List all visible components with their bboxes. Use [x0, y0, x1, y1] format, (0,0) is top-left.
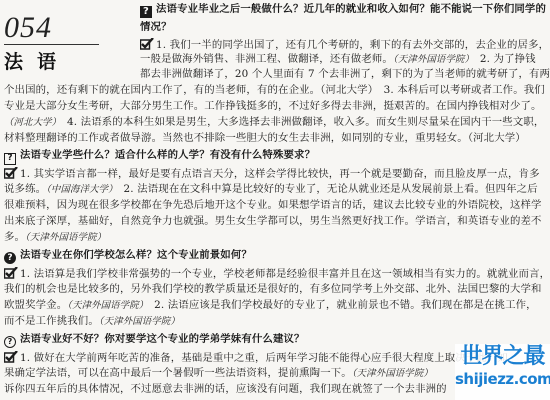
source-label: （天津外国语学院） [99, 316, 180, 327]
watermark-url: shijiezz.com [455, 370, 550, 388]
question-icon: ? [140, 6, 152, 18]
question-1-cont: 情况？ [140, 21, 172, 34]
answer-line: 一般是做海外销售、非洲工程、做翻译，还有做老师。（天津外国语学院） 2. 为了挣… [140, 53, 550, 66]
answer-line: 说多练。（中国海洋大学） 2. 法语现在在文科中算是比较好的专业了，无论从就业还… [4, 183, 550, 196]
question-text: 法语专业在你们学校怎么样？这个专业前景如何？ [20, 249, 252, 261]
answer-line: 1. 我们一半的同学出国了，还有几个考研的，剩下的有去外交部的，去企业的居多， [140, 38, 550, 52]
answer-line: 出来底子深厚，基础好，自然竞争力也就强。男生女生学都可以，男生当然更好找工作。学… [4, 215, 550, 228]
answer-text: 4. 法语系的本科生如果是男生，大多选择去非洲做翻译，收入多。而女生则尽量呆在国… [67, 116, 544, 128]
question-3: ?法语专业在你们学校怎么样？这个专业前景如何？ [4, 249, 550, 264]
answer-text: 1. 法语算是我们学校非常强势的一个专业，学校老师都是经验很丰富并且在这一领域相… [20, 268, 550, 280]
answer-line: （河北大学） 4. 法语系的本科生如果是男生，大多选择去非洲做翻译，收入多。而女… [4, 116, 550, 129]
chapter-number: 054 [4, 14, 99, 42]
question-icon: ? [4, 153, 16, 165]
checkmark-icon [140, 38, 152, 50]
answer-text: 1. 做好在大学前两年吃苦的准备，基础是重中之重，后两年学习能不能得心应手很大程… [20, 352, 508, 364]
answer-text: 说多练。 [4, 183, 46, 195]
question-text: 法语专业学些什么？适合什么样的人学？有没有什么特殊要求？ [20, 149, 315, 161]
answer-line: 材料整理翻译的工作或者做导游。当然也不排除一些胆大的女生去非洲，如同别的专业，重… [4, 132, 550, 145]
source-label: （天津外国语学院） [67, 300, 143, 311]
answer-line: 而不是工作挑我们。（天津外国语学院） [4, 315, 550, 328]
document-page: 054 法语 ?法语专业毕业之后一般做什么？近几年的就业和收入如何？能不能说一下… [0, 0, 550, 400]
watermark-cn: 世界之最 [455, 344, 550, 370]
answer-line: 欧盟奖学金。（天津外国语学院） 2. 法语应该是我们学校最好的专业了，就业前景也… [4, 299, 550, 312]
answer-text: 而不是工作挑我们。 [4, 315, 99, 327]
answer-text: 果确定学法语，可以在高中最后一个暑假听一些法语资料，提前熏陶一下。 [4, 367, 352, 379]
checkmark-icon [4, 351, 16, 363]
answer-line: 1. 其实学语言都一样，最好是要有点语言天分，这样会学得比较快，再一个就是要勤奋… [4, 167, 550, 181]
question-icon: ? [4, 336, 16, 348]
answer-line: 我们的机会也是比较多的，另外我们学校的教学质量还是很好的，有多位同学考上外交部、… [4, 283, 550, 296]
answer-text: 欧盟奖学金。 [4, 299, 67, 311]
answer-text: 2. 为了挣钱 [480, 53, 536, 65]
checkmark-icon [4, 267, 16, 279]
question-icon: ? [4, 252, 16, 264]
answer-text: 2. 法语现在在文科中算是比较好的专业了，无论从就业还是从发展前景上看。但四年之… [113, 183, 538, 195]
answer-text: 2. 法语应该是我们学校最好的专业了，就业前景也不错。我们现在都是在挑工作， [144, 299, 537, 311]
answer-line: 1. 法语算是我们学校非常强势的一个专业，学校老师都是经验很丰富并且在这一领域相… [4, 267, 550, 281]
checkmark-icon [4, 167, 16, 179]
answer-line: 个出国的，还有剩下的就在国内工作了，有的当老师，有的在企业。（河北大学） 3. … [4, 84, 550, 97]
chapter-header: 054 法语 [4, 14, 99, 74]
chapter-title: 法语 [4, 47, 99, 74]
answer-text: 一般是做海外销售、非洲工程、做翻译，还有做老师。 [140, 53, 393, 65]
answer-line: 专业是大部分女生考研，大部分男生工作。工作挣钱挺多的，不过好多得去非洲，挺艰苦的… [4, 100, 550, 113]
answer-line: 很难预料，因为现在很多学校都在争先恐后地开这个专业。如果想学语言的话，建议去比较… [4, 199, 550, 212]
source-label: （天津外国语学院） [393, 54, 469, 65]
question-text: 法语专业好不好？你对要学这个专业的学弟学妹有什么建议？ [20, 333, 305, 345]
answer-line: 多。（天津外国语学院） [4, 231, 550, 244]
source-label: （天津外国语学院） [25, 232, 106, 243]
answer-text: 多。 [4, 231, 25, 243]
answer-text: 1. 其实学语言都一样，最好是要有点语言天分，这样会学得比较快，再一个就是要勤奋… [20, 168, 540, 180]
question-text: 法语专业毕业之后一般做什么？近几年的就业和收入如何？能不能说一下你们同学的 [156, 3, 546, 15]
answer-line: 都去非洲做翻译了，20 个人里面有 7 个去非洲了，剩下的为了当老师的就考研了，… [140, 68, 550, 81]
header-divider [4, 44, 99, 45]
question-1: ?法语专业毕业之后一般做什么？近几年的就业和收入如何？能不能说一下你们同学的 [140, 3, 550, 18]
source-label: （河北大学） [4, 117, 56, 128]
question-2: ?法语专业学些什么？适合什么样的人学？有没有什么特殊要求？ [4, 149, 550, 165]
source-label: （中国海洋大学） [46, 184, 113, 195]
answer-text: 1. 我们一半的同学出国了，还有几个考研的，剩下的有去外交部的，去企业的居多， [156, 39, 549, 51]
source-label: （天津外国语学院） [352, 368, 433, 379]
watermark: 世界之最 shijiezz.com [455, 344, 550, 400]
